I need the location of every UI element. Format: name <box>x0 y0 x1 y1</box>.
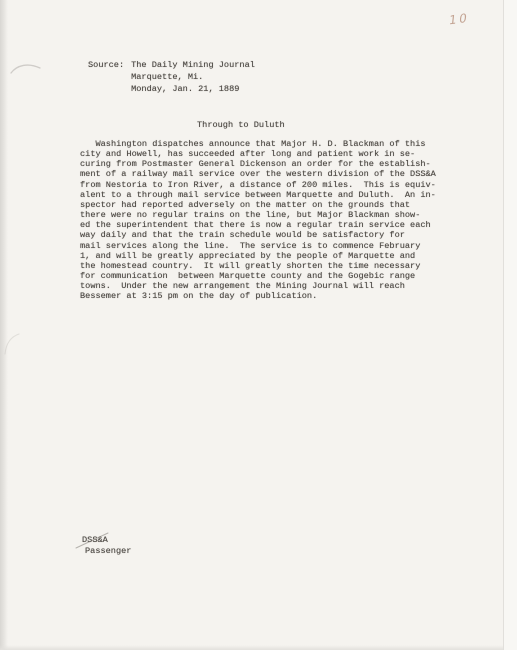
footer-line-passenger: Passenger <box>85 546 131 557</box>
source-location: Marquette, Mi. <box>131 71 255 83</box>
body-line: for communication between Marquette coun… <box>80 271 436 281</box>
source-label: Source: <box>88 59 124 95</box>
body-line: ment of a railway mail service over the … <box>80 169 436 179</box>
body-line: spector had reported adversely on the ma… <box>80 200 436 210</box>
scan-right-backing <box>504 0 517 650</box>
source-publication: The Daily Mining Journal <box>131 59 255 71</box>
body-line: way daily and that the train schedule wo… <box>80 230 436 240</box>
handwritten-page-number: 10 <box>448 10 470 27</box>
article-body: Washington dispatches announce that Majo… <box>80 139 436 302</box>
body-line: mail services along the line. The servic… <box>80 241 436 251</box>
body-line: from Nestoria to Iron River, a distance … <box>80 180 436 190</box>
body-line: Bessemer at 3:15 pm on the day of public… <box>80 291 436 301</box>
body-line: towns. Under the new arrangement the Min… <box>80 281 436 291</box>
source-lines: The Daily Mining Journal Marquette, Mi. … <box>131 59 255 95</box>
body-line: ed the superintendent that there is now … <box>80 220 436 230</box>
footer-line-dssa: DSS&A <box>82 535 131 546</box>
footer-annotation: DSS&A Passenger <box>82 535 131 557</box>
body-line: there were no regular trains on the line… <box>80 210 436 220</box>
source-date: Monday, Jan. 21, 1889 <box>131 83 255 95</box>
scan-left-edge-shadow <box>0 0 8 650</box>
scanned-document-page: 10 Source: The Daily Mining Journal Marq… <box>0 0 517 650</box>
body-line: alent to a through mail service between … <box>80 190 436 200</box>
body-line: city and Howell, has succeeded after lon… <box>80 149 436 159</box>
source-citation: Source: The Daily Mining Journal Marquet… <box>88 59 255 95</box>
scan-bottom-edge-shadow <box>0 645 517 650</box>
body-line: 1, and will be greatly appreciated by th… <box>80 251 436 261</box>
pencil-arc-top-left <box>11 65 40 73</box>
body-line: the homestead country. It will greatly s… <box>80 261 436 271</box>
body-line: curing from Postmaster General Dickenson… <box>80 159 436 169</box>
body-line: Washington dispatches announce that Majo… <box>80 139 436 149</box>
scan-artifacts <box>0 0 517 650</box>
article-title: Through to Duluth <box>197 120 285 130</box>
